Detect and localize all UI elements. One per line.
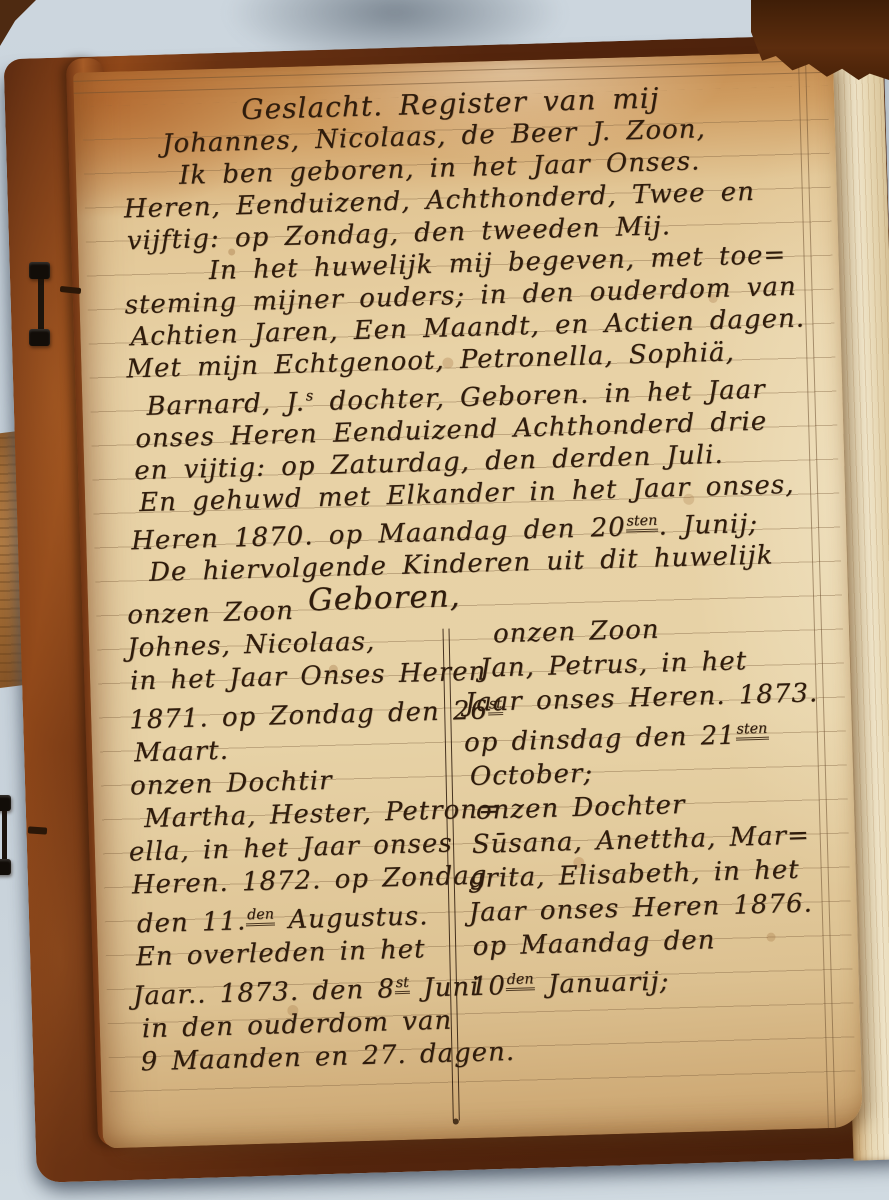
line-text: Barnard, J. xyxy=(146,387,305,421)
photo-of-family-register: Geslacht. Register van mij Johannes, Nic… xyxy=(0,0,889,1200)
clasp-knob xyxy=(0,859,11,875)
line-text: onzen Zoon xyxy=(493,615,660,650)
line-text: Juni xyxy=(410,972,480,1004)
line-text: Jan, Petrus, in het xyxy=(480,646,748,683)
line-text: Johnes, Nicolaas, xyxy=(127,627,376,664)
line-text: den 11. xyxy=(137,906,247,939)
main-text-block: Geslacht. Register van mij Johannes, Nic… xyxy=(119,78,839,622)
left-column: onzen Zoon Johnes, Nicolaas, in het Jaar… xyxy=(120,590,468,1079)
line-text: op dinsdag den 21 xyxy=(464,721,737,759)
line-text: Augustus. xyxy=(275,901,429,935)
line-text: Januarij; xyxy=(534,967,670,1001)
superscript: den xyxy=(246,907,275,927)
clasp-knob xyxy=(29,262,50,279)
line-text: Maart. xyxy=(134,736,230,769)
line-text: onzen Dochter xyxy=(475,790,685,826)
superscript: den xyxy=(505,971,534,991)
line-text: onzen Dochtir xyxy=(130,766,333,802)
superscript: sten xyxy=(735,721,768,741)
clasp-bar xyxy=(2,803,7,867)
right-column: onzen Zoon Jan, Petrus, in het Jaar onse… xyxy=(461,609,807,1004)
line-text: onzen Zoon xyxy=(127,596,294,631)
clasp-pin-mark xyxy=(28,826,47,834)
register-page: Geslacht. Register van mij Johannes, Nic… xyxy=(73,52,863,1149)
clasp-knob xyxy=(29,329,50,346)
line-text: . Junij; xyxy=(658,509,758,542)
superscript: sten xyxy=(625,513,658,533)
metal-clasp-bottom xyxy=(0,795,14,875)
clasp-bar xyxy=(38,270,44,338)
metal-clasp-top xyxy=(29,262,53,346)
line-text: op Maandag den xyxy=(472,925,716,962)
line-text: 10 xyxy=(470,971,506,1002)
superscript: s xyxy=(305,388,315,404)
line-text: Jaar.. 1873. den 8 xyxy=(133,974,396,1011)
superscript: st xyxy=(395,975,411,994)
line-text: October; xyxy=(470,759,594,792)
cover-corner-top-left xyxy=(0,0,36,46)
clasp-knob xyxy=(0,795,11,811)
